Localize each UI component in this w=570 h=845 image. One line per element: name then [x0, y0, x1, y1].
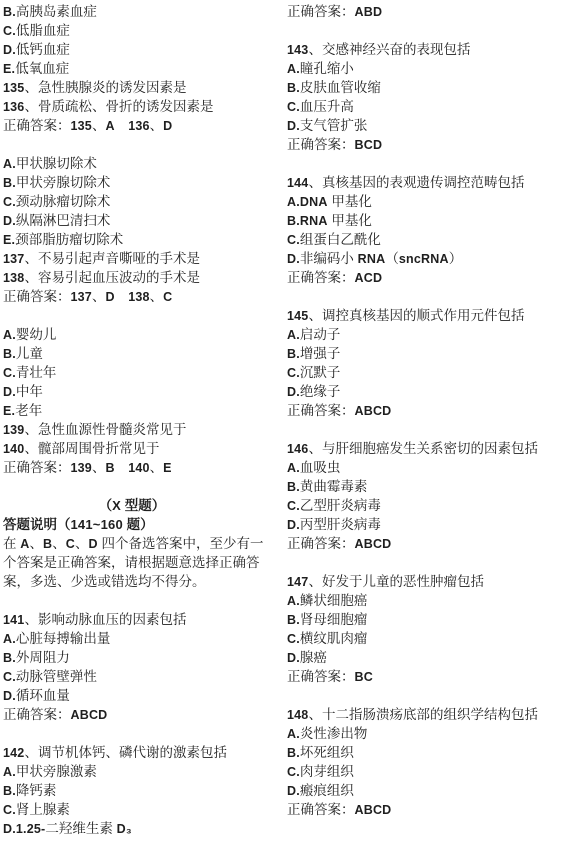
- text-line: B.增强子: [287, 344, 545, 363]
- text-line: D.循环血量: [3, 686, 261, 705]
- blank-line: [3, 306, 261, 325]
- text-line: B.甲状旁腺切除术: [3, 173, 261, 192]
- text-line: A.心脏每搏输出量: [3, 629, 261, 648]
- text-line: C.乙型肝炎病毒: [287, 496, 545, 515]
- answer-instructions-title: 答题说明（141~160 题）: [3, 515, 261, 534]
- text-line: 145、调控真核基因的顺式作用元件包括: [287, 306, 545, 325]
- blank-line: [3, 135, 261, 154]
- blank-line: [287, 154, 545, 173]
- text-line: A.瞳孔缩小: [287, 59, 545, 78]
- text-line: E.老年: [3, 401, 261, 420]
- text-line: A.炎性渗出物: [287, 724, 545, 743]
- text-line: A.DNA 甲基化: [287, 192, 545, 211]
- text-line: 141、影响动脉血压的因素包括: [3, 610, 261, 629]
- text-line: 正确答案：ABCD: [3, 705, 261, 724]
- blank-line: [287, 420, 545, 439]
- text-line: E.颈部脂肪瘤切除术: [3, 230, 261, 249]
- text-line: B.高胰岛素血症: [3, 2, 261, 21]
- text-line: 正确答案：139、B 140、E: [3, 458, 261, 477]
- blank-line: [3, 724, 261, 743]
- text-line: A.婴幼儿: [3, 325, 261, 344]
- text-line: 140、髋部周围骨折常见于: [3, 439, 261, 458]
- text-line: 正确答案：ABD: [287, 2, 545, 21]
- blank-line: [287, 287, 545, 306]
- text-line: B.坏死组织: [287, 743, 545, 762]
- text-line: C.青壮年: [3, 363, 261, 382]
- text-line: A.甲状腺切除术: [3, 154, 261, 173]
- text-line: C.低脂血症: [3, 21, 261, 40]
- text-line: A.鳞状细胞癌: [287, 591, 545, 610]
- blank-line: [287, 21, 545, 40]
- section-heading: （X 型题）: [3, 496, 261, 515]
- text-line: E.低氧血症: [3, 59, 261, 78]
- text-line: 146、与肝细胞癌发生关系密切的因素包括: [287, 439, 545, 458]
- blank-line: [3, 591, 261, 610]
- text-line: B.皮肤血管收缩: [287, 78, 545, 97]
- text-line: B.外周阻力: [3, 648, 261, 667]
- text-line: 139、急性血源性骨髓炎常见于: [3, 420, 261, 439]
- text-line: 正确答案：ABCD: [287, 401, 545, 420]
- text-line: 138、容易引起血压波动的手术是: [3, 268, 261, 287]
- text-line: D.1.25-二羟维生素 D₃: [3, 819, 261, 838]
- text-line: 正确答案：135、A 136、D: [3, 116, 261, 135]
- blank-line: [287, 553, 545, 572]
- text-line: C.动脉管壁弹性: [3, 667, 261, 686]
- text-line: D.腺癌: [287, 648, 545, 667]
- text-line: 137、不易引起声音嘶哑的手术是: [3, 249, 261, 268]
- text-line: 正确答案：BCD: [287, 135, 545, 154]
- text-line: 个答案是正确答案，请根据题意选择正确答: [3, 553, 261, 572]
- text-line: C.肉芽组织: [287, 762, 545, 781]
- text-line: 在 A、B、C、D 四个备选答案中，至少有一: [3, 534, 261, 553]
- text-line: 147、好发于儿童的恶性肿瘤包括: [287, 572, 545, 591]
- text-line: D.绝缘子: [287, 382, 545, 401]
- text-line: 案，多选、少选或错选均不得分。: [3, 572, 261, 591]
- text-line: D.丙型肝炎病毒: [287, 515, 545, 534]
- text-line: C.血压升高: [287, 97, 545, 116]
- text-line: A.血吸虫: [287, 458, 545, 477]
- text-line: D.非编码小 RNA（sncRNA）: [287, 249, 545, 268]
- text-line: 正确答案：ABCD: [287, 534, 545, 553]
- text-line: A.启动子: [287, 325, 545, 344]
- text-line: D.低钙血症: [3, 40, 261, 59]
- text-line: B.肾母细胞瘤: [287, 610, 545, 629]
- text-line: B.RNA 甲基化: [287, 211, 545, 230]
- blank-line: [3, 477, 261, 496]
- text-line: B.儿童: [3, 344, 261, 363]
- text-line: B.降钙素: [3, 781, 261, 800]
- left-text-column: B.高胰岛素血症C.低脂血症D.低钙血症E.低氧血症135、急性胰腺炎的诱发因素…: [3, 2, 261, 838]
- text-line: C.组蛋白乙酰化: [287, 230, 545, 249]
- text-line: D.支气管扩张: [287, 116, 545, 135]
- text-line: 135、急性胰腺炎的诱发因素是: [3, 78, 261, 97]
- text-line: 正确答案：ACD: [287, 268, 545, 287]
- text-line: C.横纹肌肉瘤: [287, 629, 545, 648]
- text-line: 136、骨质疏松、骨折的诱发因素是: [3, 97, 261, 116]
- text-line: B.黄曲霉毒素: [287, 477, 545, 496]
- exam-document-page: B.高胰岛素血症C.低脂血症D.低钙血症E.低氧血症135、急性胰腺炎的诱发因素…: [0, 0, 570, 845]
- text-line: 142、调节机体钙、磷代谢的激素包括: [3, 743, 261, 762]
- text-line: 正确答案：137、D 138、C: [3, 287, 261, 306]
- text-line: 正确答案：BC: [287, 667, 545, 686]
- text-line: D.纵隔淋巴清扫术: [3, 211, 261, 230]
- text-line: 148、十二指肠溃疡底部的组织学结构包括: [287, 705, 545, 724]
- text-line: C.颈动脉瘤切除术: [3, 192, 261, 211]
- text-line: 正确答案：ABCD: [287, 800, 545, 819]
- text-line: D.瘢痕组织: [287, 781, 545, 800]
- text-line: 143、交感神经兴奋的表现包括: [287, 40, 545, 59]
- text-line: C.肾上腺素: [3, 800, 261, 819]
- text-line: 144、真核基因的表观遗传调控范畴包括: [287, 173, 545, 192]
- text-line: A.甲状旁腺激素: [3, 762, 261, 781]
- right-text-column: 正确答案：ABD 143、交感神经兴奋的表现包括A.瞳孔缩小B.皮肤血管收缩C.…: [287, 2, 545, 819]
- text-line: C.沉默子: [287, 363, 545, 382]
- blank-line: [287, 686, 545, 705]
- text-line: D.中年: [3, 382, 261, 401]
